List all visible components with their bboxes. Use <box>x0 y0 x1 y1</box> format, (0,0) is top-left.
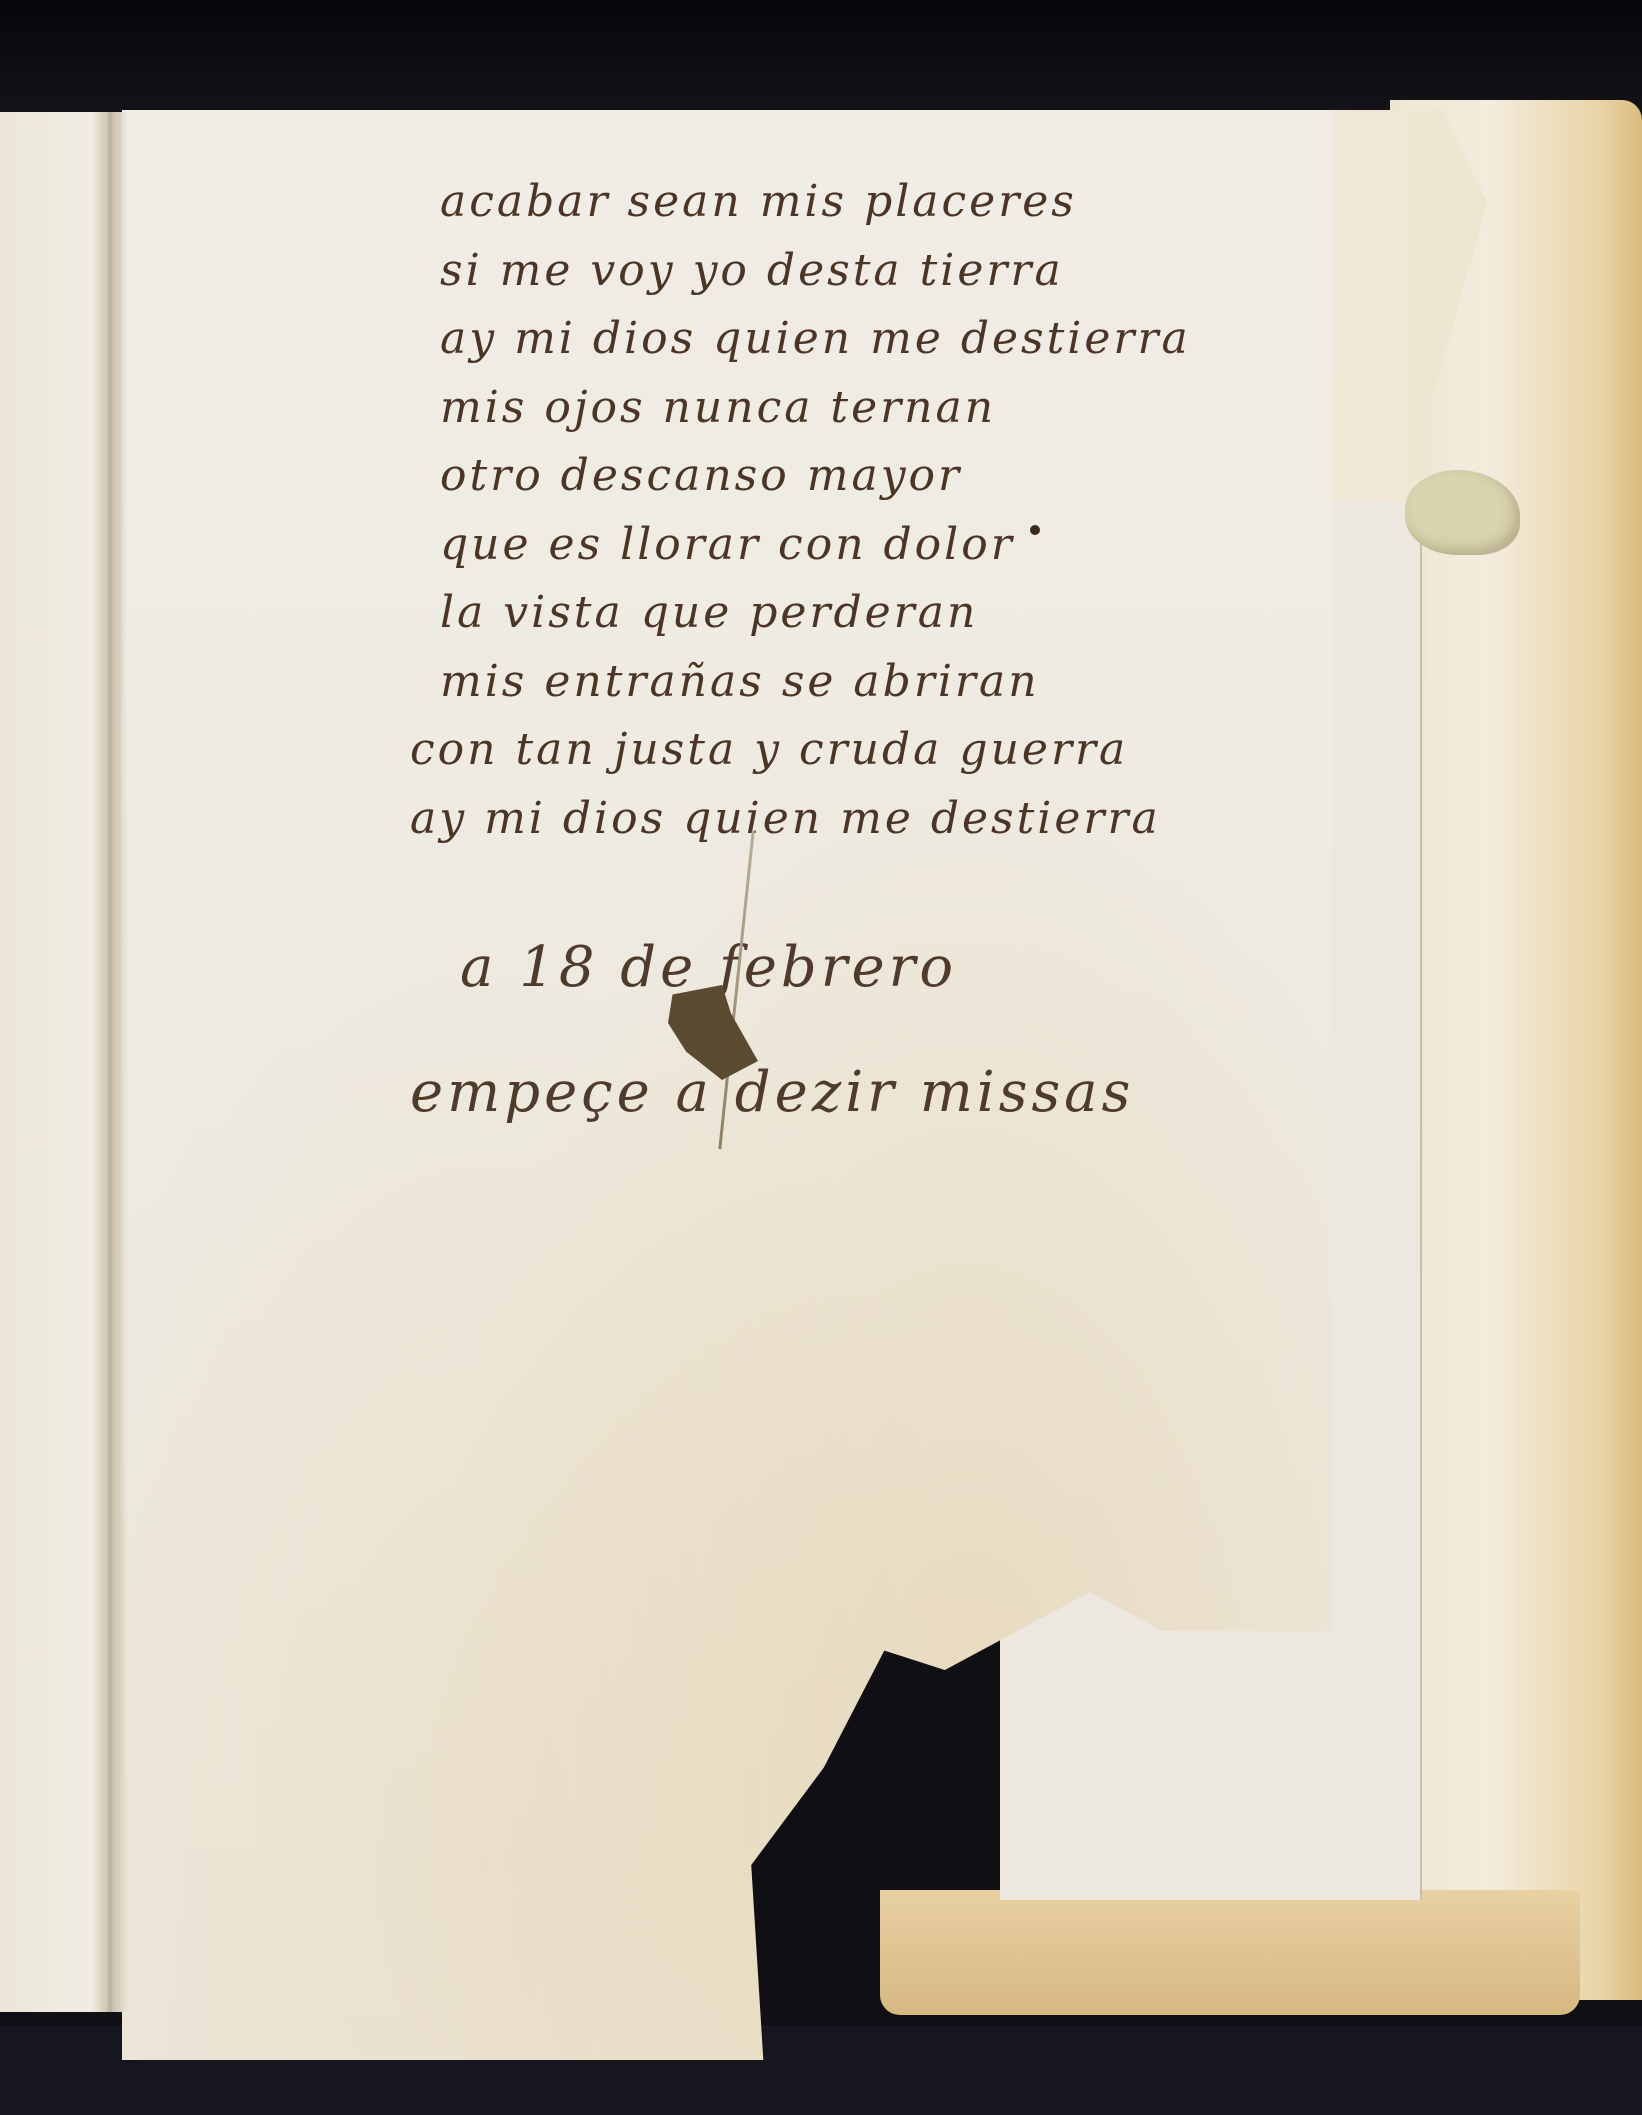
mass-note-line: empeçe a dezir missas <box>410 1030 1310 1155</box>
verse-line: acabar sean mis placeres <box>410 168 1230 237</box>
verse-line: mis entrañas se abriran <box>410 648 1230 717</box>
date-note: a 18 de febrero empeçe a dezir missas <box>410 905 1310 1155</box>
binding-gutter <box>92 112 128 2012</box>
verse-line: que es llorar con dolor <box>410 511 1230 580</box>
verse-line: ay mi dios quien me destierra <box>410 785 1230 854</box>
verse-block: acabar sean mis placeres si me voy yo de… <box>410 168 1230 853</box>
vellum-cover-bottom-edge <box>880 1890 1580 2015</box>
date-line: a 18 de febrero <box>410 905 1310 1030</box>
verse-line: ay mi dios quien me destierra <box>410 305 1230 374</box>
verse-line: la vista que perderan <box>410 579 1230 648</box>
verse-line: otro descanso mayor <box>410 442 1230 511</box>
ink-dot <box>1030 525 1040 535</box>
verse-line: con tan justa y cruda guerra <box>410 716 1230 785</box>
verse-line: mis ojos nunca ternan <box>410 374 1230 443</box>
verse-line: si me voy yo desta tierra <box>410 237 1230 306</box>
